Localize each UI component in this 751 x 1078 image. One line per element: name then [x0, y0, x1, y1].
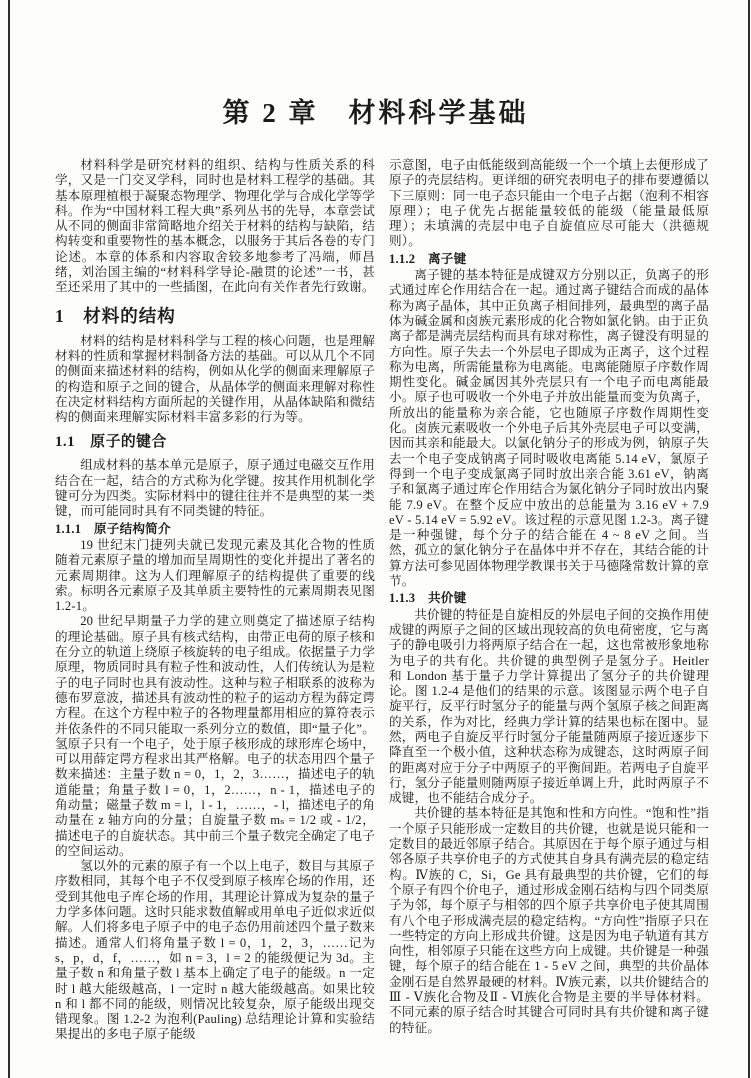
scan-edge-right	[748, 0, 750, 1078]
heading-section-1-materials-structure: 1 材料的结构	[55, 305, 375, 327]
paragraph-structure-overview: 材料的结构是材料科学与工程的核心问题，也是理解材料的性质和掌握材料制备方法的基础…	[55, 334, 375, 426]
heading-section-1-1-1-atomic-structure-intro: 1.1.1 原子结构简介	[55, 522, 375, 537]
left-column: 材料科学是研究材料的组织、结构与性质关系的科学，又是一门交叉学科，同时也是材料工…	[55, 158, 375, 1043]
paragraph-quantum-mechanics: 20 世纪早期量子力学的建立则奠定了描述原子结构的理论基础。原子具有核式结构，由…	[55, 614, 375, 859]
two-column-body: 材料科学是研究材料的组织、结构与性质关系的科学，又是一门交叉学科，同时也是材料工…	[0, 158, 751, 1043]
heading-section-1-1-3-covalent-bond: 1.1.3 共价键	[389, 591, 709, 606]
heading-section-1-1-2-ionic-bond: 1.1.2 离子键	[389, 252, 709, 267]
paragraph-intro: 材料科学是研究材料的组织、结构与性质关系的科学，又是一门交叉学科，同时也是材料工…	[55, 158, 375, 296]
paragraph-multi-electron-atoms: 氢以外的元素的原子有一个以上电子，数目与其原子序数相同，其每个电子不仅受到原子核…	[55, 859, 375, 1043]
paragraph-energy-level-continuation: 示意图，电子由低能级到高能级一个一个填上去便形成了原子的壳层结构。更详细的研究表…	[389, 158, 709, 250]
chapter-title: 第 2 章 材料科学基础	[0, 0, 751, 130]
book-page: 第 2 章 材料科学基础 材料科学是研究材料的组织、结构与性质关系的科学，又是一…	[0, 0, 751, 1078]
paragraph-ionic-bond: 离子键的基本特征是成键双方分别以正，负离子的形式通过库仑作用结合在一起。通过离子…	[389, 268, 709, 589]
paragraph-periodic-law: 19 世纪末门捷列夫就已发现元素及其化合物的性质随着元素原子量的增加而呈周期性的…	[55, 538, 375, 614]
heading-section-1-1-atomic-bonding: 1.1 原子的键合	[55, 433, 375, 452]
scan-edge-left	[8, 0, 10, 1078]
paragraph-covalent-bond: 共价键的特征是自旋相反的外层电子间的交换作用使成键的两原子之间的区域出现较高的负…	[389, 608, 709, 807]
right-column: 示意图，电子由低能级到高能级一个一个填上去便形成了原子的壳层结构。更详细的研究表…	[389, 158, 709, 1043]
paragraph-bonding-intro: 组成材料的基本单元是原子，原子通过电磁交互作用结合在一起，结合的方式称为化学键。…	[55, 458, 375, 519]
paragraph-covalent-saturation-directionality: 共价键的基本特征是其饱和性和方向性。“饱和性”指一个原子只能形成一定数目的共价键…	[389, 806, 709, 1035]
